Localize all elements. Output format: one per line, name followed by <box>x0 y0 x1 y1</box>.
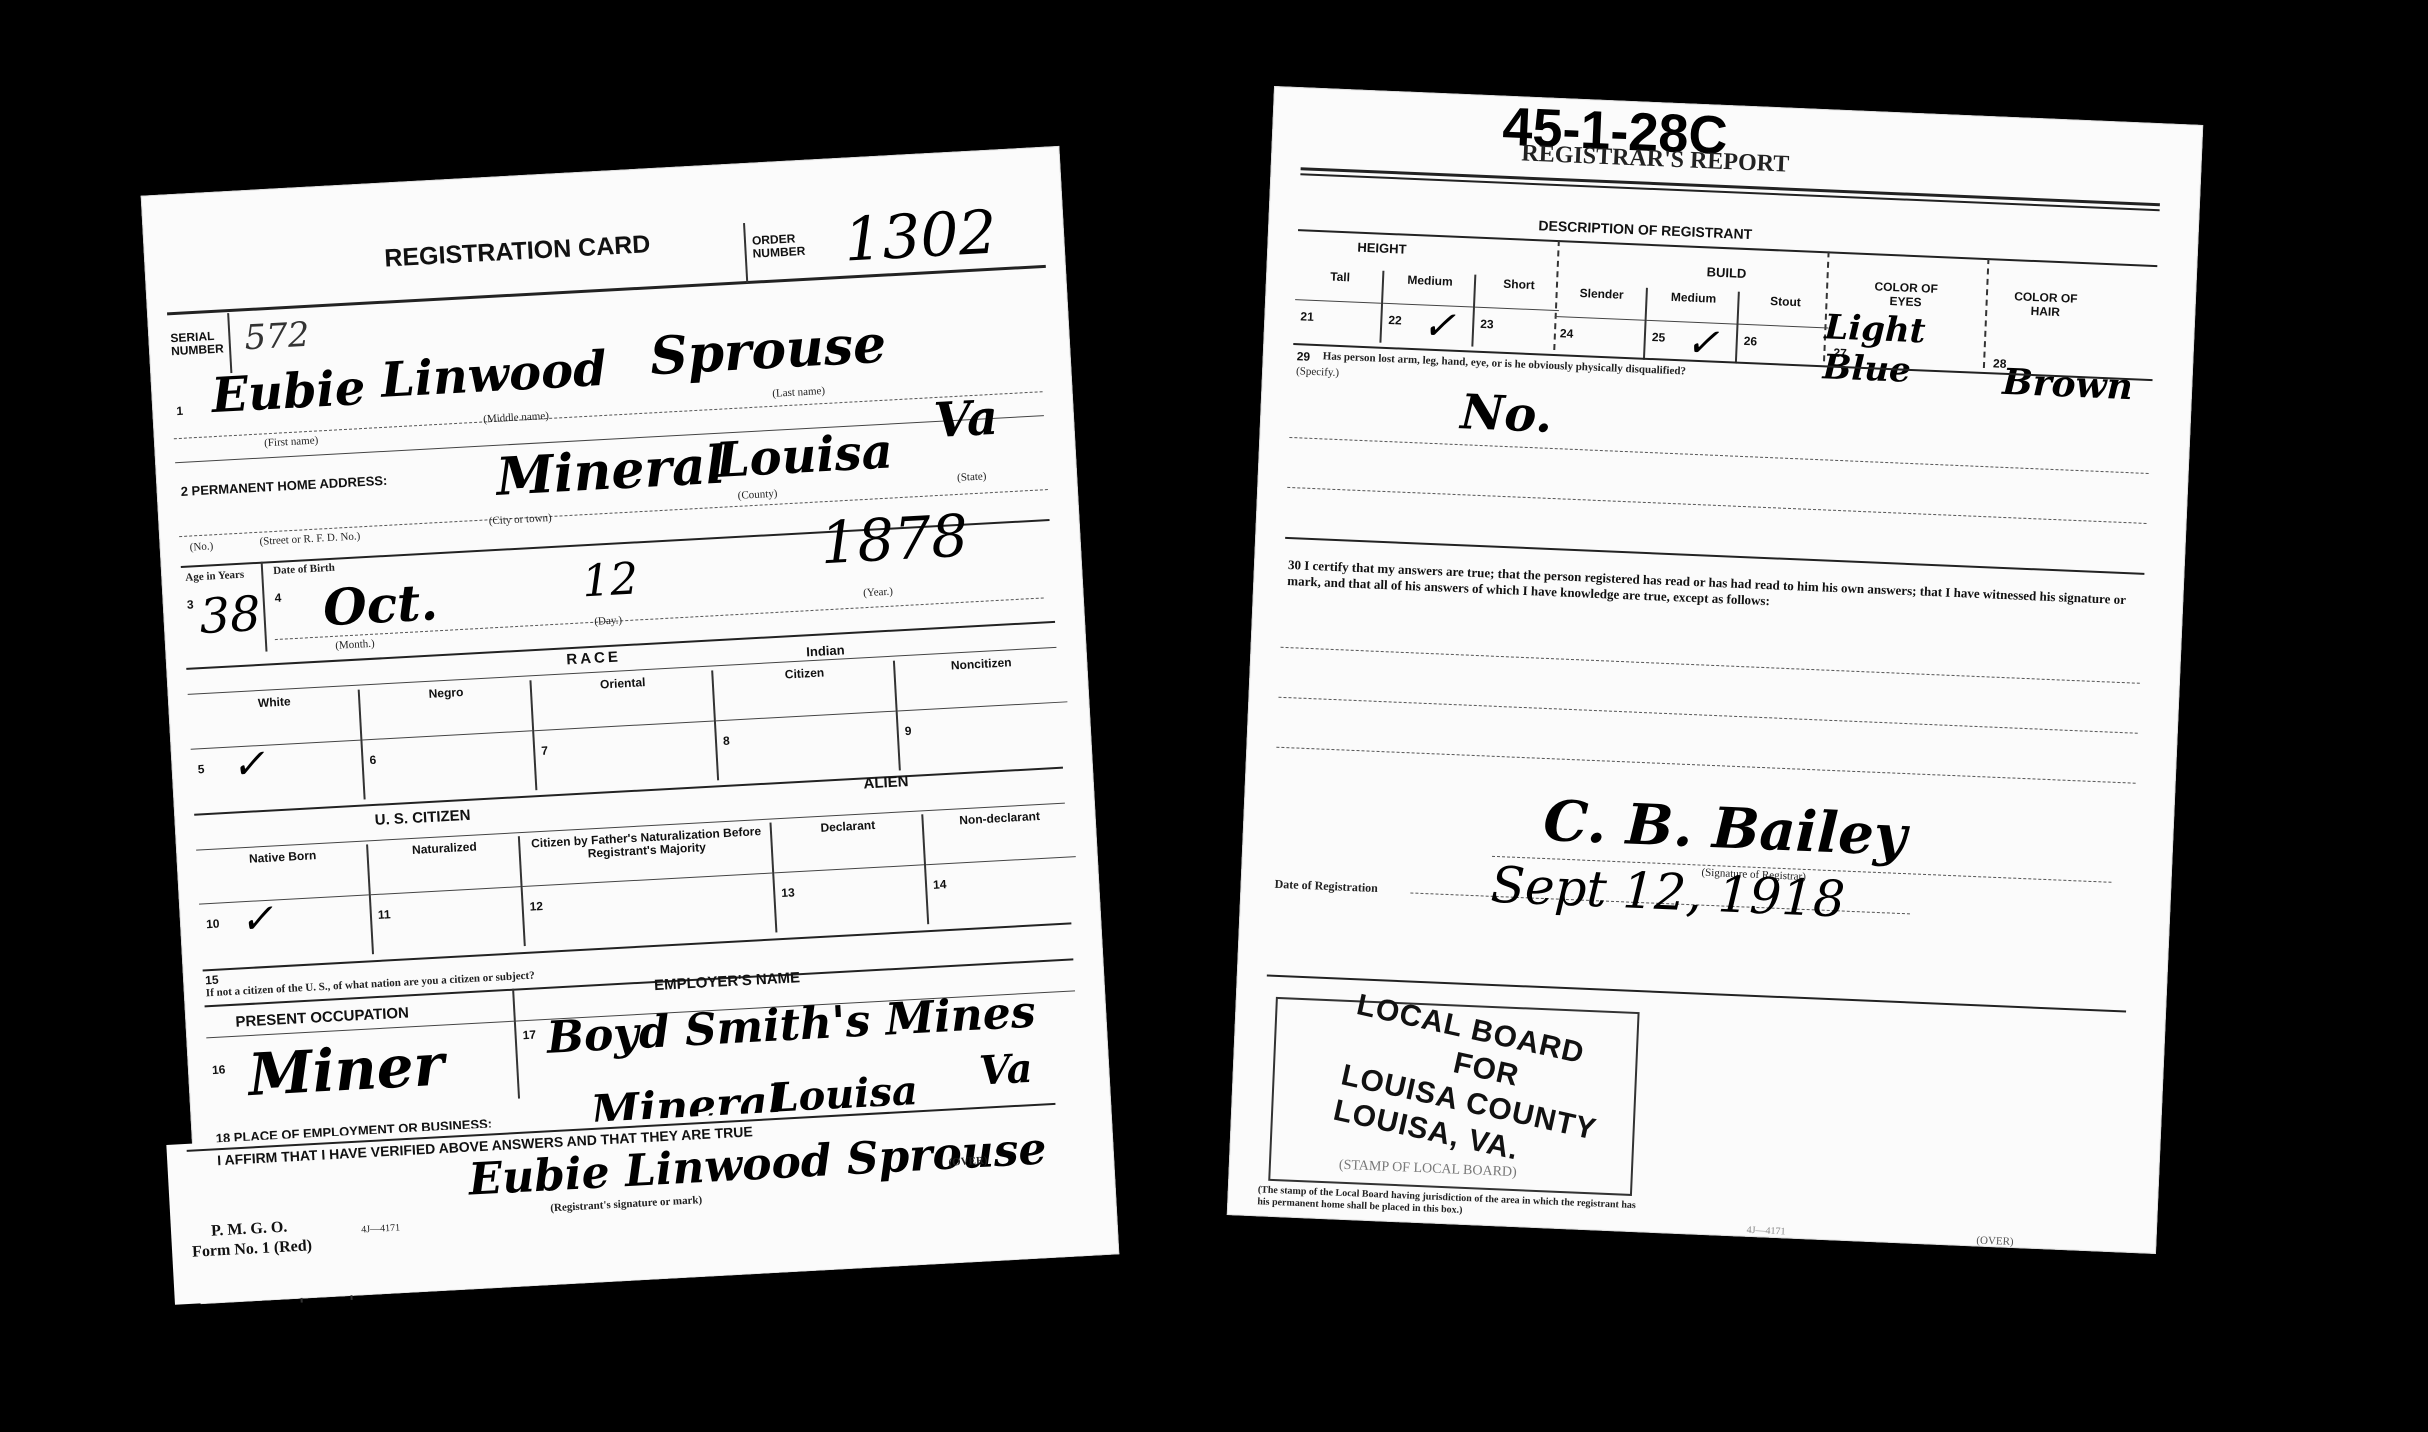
row-number: 16 <box>212 1062 226 1077</box>
middle-name-caption: (Middle name) <box>483 410 549 426</box>
table-cell: Non-declarant14 <box>921 806 1079 924</box>
race-heading: RACE <box>566 648 621 668</box>
birth-year: 1878 <box>819 502 970 578</box>
first-name-caption: (First name) <box>264 434 319 449</box>
age-label: Age in Years <box>185 569 244 584</box>
row-number: 3 <box>186 597 193 611</box>
front-print-code: 4J—4171 <box>361 1222 400 1235</box>
back-print-code: 4J—4171 <box>1746 1225 1785 1238</box>
eye-color-value: Light Blue <box>1822 307 1985 394</box>
form-number: Form No. 1 (Red) <box>192 1237 313 1261</box>
row-number: 22 <box>1388 313 1402 328</box>
column-label: Medium <box>1390 273 1470 289</box>
birth-month: Oct. <box>322 572 440 637</box>
card-title: REGISTRATION CARD <box>384 230 651 273</box>
hair-color-value: Brown <box>2001 361 2133 408</box>
us-citizen-heading: U. S. CITIZEN <box>374 807 471 829</box>
home-county: Louisa <box>714 423 894 488</box>
row-number: 4 <box>274 591 281 605</box>
table-cell: Slender24 <box>1553 284 1646 360</box>
row-number: 5 <box>197 762 204 776</box>
serial-number-value: 572 <box>243 315 310 358</box>
middle-name: Linwood <box>380 341 608 409</box>
row-number: 29 <box>1296 349 1310 364</box>
row-number: 17 <box>522 1028 536 1043</box>
table-cell: Citizen by Father's Naturalization Befor… <box>518 823 776 946</box>
table-cell: Medium25✓ <box>1643 288 1738 364</box>
caption: (Day.) <box>594 614 622 627</box>
table-cell: Tall21 <box>1293 267 1382 343</box>
hair-color-label: COLOR OF HAIR <box>2005 289 2086 320</box>
order-number-label: ORDER NUMBER <box>752 230 833 260</box>
table-cell: White5✓ <box>188 690 364 809</box>
certification-body: I certify that my answers are true; that… <box>1287 558 2126 609</box>
serial-number-label: SERIAL NUMBER <box>170 329 231 358</box>
column-label: Citizen <box>719 663 889 685</box>
registration-card-back: 45-1-28C REGISTRAR'S REPORT DESCRIPTION … <box>1227 86 2204 1254</box>
column-label: Stout <box>1745 294 1825 310</box>
caption: (City or town) <box>488 512 552 527</box>
check-mark: ✓ <box>239 896 275 944</box>
column-label: Medium <box>1653 290 1733 306</box>
row-number: 6 <box>369 753 376 767</box>
age-value: 38 <box>198 586 262 645</box>
birth-label: Date of Birth <box>273 562 335 577</box>
occupation-value: Miner <box>247 1031 446 1109</box>
back-over-label: (OVER) <box>1976 1234 2014 1248</box>
home-city: Mineral <box>495 435 727 508</box>
row-number: 7 <box>541 743 548 757</box>
employment-state: Va <box>978 1045 1034 1095</box>
row-number: 10 <box>206 916 220 931</box>
row-number: 9 <box>904 724 911 738</box>
row-number: 25 <box>1652 330 1666 345</box>
front-over-label: (OVER) <box>948 1155 988 1169</box>
build-heading: BUILD <box>1706 264 1746 281</box>
table-cell: Negro6 <box>358 680 536 799</box>
last-name-caption: (Last name) <box>772 385 825 400</box>
check-mark: ✓ <box>1421 303 1456 350</box>
alien-heading: ALIEN <box>863 773 909 792</box>
table-cell: Declarant13 <box>769 814 927 932</box>
caption: (County) <box>737 488 777 502</box>
date-label: Date of Registration <box>1274 877 1378 896</box>
column-label: Short <box>1482 277 1556 293</box>
birth-day: 12 <box>581 553 640 607</box>
height-table: Tall21Medium22✓Short23 <box>1293 267 1556 350</box>
table-cell: Stout26 <box>1735 292 1830 368</box>
disability-answer: No. <box>1459 384 1553 444</box>
registration-date: Sept 12, 1918 <box>1490 856 1847 929</box>
last-name: Sprouse <box>648 314 887 388</box>
home-address-label: 2 PERMANENT HOME ADDRESS: <box>180 473 387 499</box>
indian-heading: Indian <box>806 642 845 659</box>
row-number: 15 <box>205 973 219 988</box>
report-title: REGISTRAR'S REPORT <box>1521 140 1790 178</box>
row-number: 8 <box>723 733 730 747</box>
column-label: Negro <box>366 683 526 705</box>
column-label: Naturalized <box>374 838 514 859</box>
row-number: 13 <box>781 885 795 900</box>
row-number: 30 <box>1288 557 1302 573</box>
eye-color-label: COLOR OF EYES <box>1865 279 1946 310</box>
row-number: 24 <box>1560 326 1574 341</box>
column-label: Non-declarant <box>929 808 1069 829</box>
table-cell: Short23 <box>1471 275 1560 351</box>
order-number-value: 1302 <box>842 198 998 276</box>
caption: (State) <box>957 470 987 484</box>
table-cell: Citizen8 <box>711 661 899 781</box>
caption: (No.) <box>189 540 213 553</box>
form-office: P. M. G. O. <box>211 1219 288 1241</box>
row-number: 12 <box>529 899 543 914</box>
caption: (Month.) <box>335 638 375 652</box>
column-label: Noncitizen <box>901 654 1061 676</box>
row-number: 1 <box>176 404 183 418</box>
height-heading: HEIGHT <box>1357 240 1407 257</box>
row-number: 21 <box>1300 309 1314 324</box>
column-label: White <box>194 692 354 714</box>
citizenship-table: Native Born10✓Naturalized11Citizen by Fa… <box>196 807 1071 964</box>
row-number: 26 <box>1744 334 1758 349</box>
row-number: 14 <box>933 877 947 892</box>
row-number: 11 <box>378 907 391 922</box>
table-cell: Medium22✓ <box>1379 271 1474 347</box>
caption: (Year.) <box>863 586 893 600</box>
caption: (Street or R. F. D. No.) <box>259 530 360 547</box>
home-state: Va <box>932 390 999 449</box>
employer-label: EMPLOYER'S NAME <box>654 969 801 994</box>
nation-question: If not a citizen of the U. S., of what n… <box>206 970 535 1000</box>
table-cell: Noncitizen9 <box>893 651 1071 770</box>
race-table: White5✓Negro6Oriental7Citizen8Noncitizen… <box>188 652 1063 809</box>
column-label: Slender <box>1561 286 1641 302</box>
first-name: Eubie <box>210 360 367 424</box>
description-heading: DESCRIPTION OF REGISTRANT <box>1538 217 1752 242</box>
column-label: Tall <box>1302 269 1378 285</box>
registrar-signature: C. B. Bailey <box>1542 788 1908 869</box>
table-cell: Oriental7 <box>529 671 717 791</box>
table-cell: Native Born10✓ <box>196 844 372 963</box>
column-label: Native Born <box>202 847 362 869</box>
row-number: 23 <box>1480 317 1494 332</box>
column-label: Oriental <box>538 673 708 695</box>
table-cell: Naturalized11 <box>366 836 524 954</box>
specify-caption: (Specify.) <box>1296 365 1339 379</box>
check-mark: ✓ <box>230 741 266 789</box>
employer-value: Boyd Smith's Mines <box>545 987 1036 1064</box>
column-label: Declarant <box>778 817 918 838</box>
